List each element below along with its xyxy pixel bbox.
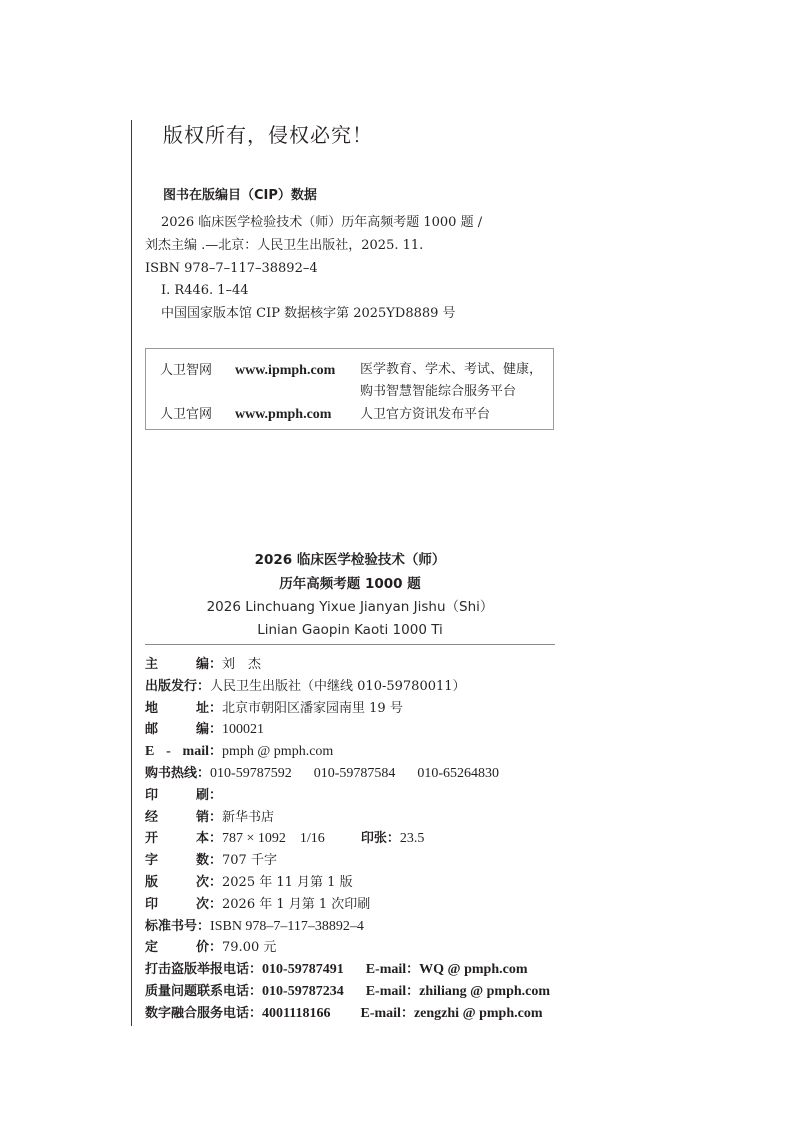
- colon: ：: [249, 1003, 262, 1025]
- publication-info: 主编：刘 杰 出版发行：人民卫生出版社（中继线 010-59780011） 地址…: [145, 654, 550, 1025]
- info-value: 人民卫生出版社（中继线 010-59780011）: [210, 679, 466, 694]
- colon: ：: [197, 763, 210, 785]
- colon: ：: [197, 676, 210, 698]
- info-label: E-mail: [145, 741, 209, 763]
- sheets-label: 印张: [361, 828, 387, 850]
- colon: ：: [406, 959, 419, 981]
- contact-label: 质量问题联系电话: [145, 981, 249, 1003]
- info-row-distributor: 经销：新华书店: [145, 807, 550, 829]
- colon: ：: [209, 785, 222, 807]
- info-row-price: 定价：79.00 元: [145, 937, 550, 959]
- colon: ：: [387, 828, 400, 850]
- cip-line-publisher: 刘杰主编 .—北京：人民卫生出版社，2025. 11.: [145, 235, 482, 258]
- colon: ：: [401, 1003, 414, 1025]
- info-value: 100021: [222, 722, 264, 737]
- colon: ：: [209, 937, 222, 959]
- info-row-isbn: 标准书号：ISBN 978–7–117–38892–4: [145, 916, 550, 938]
- info-value: 787 × 1092 1/16: [222, 831, 325, 846]
- book-title-zh-line1: 2026 临床医学检验技术（师）: [145, 548, 555, 572]
- colon: ：: [209, 807, 222, 829]
- colon: ：: [209, 741, 222, 763]
- contact-email-link[interactable]: zengzhi @ pmph.com: [414, 1006, 543, 1021]
- website-name: 人卫官网: [160, 403, 235, 422]
- info-value: 新华书店: [222, 810, 274, 825]
- info-value: 2026 年 1 月第 1 次印刷: [222, 897, 370, 912]
- colon: ：: [209, 654, 222, 676]
- contact-email-link[interactable]: zhiliang @ pmph.com: [419, 984, 550, 999]
- contact-row-quality: 质量问题联系电话：010-59787234E-mail：zhiliang @ p…: [145, 981, 550, 1003]
- colon: ：: [209, 872, 222, 894]
- info-value: 707 千字: [222, 853, 277, 868]
- cip-line-title: 2026 临床医学检验技术（师）历年高频考题 1000 题 /: [145, 212, 482, 235]
- website-row-ipmph: 人卫智网www.ipmph.com医学教育、学术、考试、健康，购书智慧智能综合服…: [160, 359, 542, 403]
- book-title-block: 2026 临床医学检验技术（师） 历年高频考题 1000 题 2026 Linc…: [145, 548, 555, 642]
- info-label: 主编: [145, 654, 209, 676]
- info-label: 出版发行: [145, 676, 197, 698]
- colon: ：: [209, 894, 222, 916]
- contact-email-label: E-mail: [361, 1006, 401, 1021]
- colon: ：: [197, 916, 210, 938]
- website-description-line: 医学教育、学术、考试、健康，: [360, 362, 542, 377]
- book-title-en-line2: Linian Gaopin Kaoti 1000 Ti: [145, 619, 555, 642]
- colon: ：: [249, 959, 262, 981]
- cip-line-record: 中国国家版本馆 CIP 数据核字第 2025YD8889 号: [145, 303, 482, 326]
- colon: ：: [209, 828, 222, 850]
- contact-phone: 010-59787234: [262, 984, 344, 999]
- contact-email-label: E-mail: [366, 984, 406, 999]
- website-link-pmph[interactable]: www.pmph.com: [235, 407, 360, 423]
- contact-label: 数字融合服务电话: [145, 1003, 249, 1025]
- contact-label: 打击盗版举报电话: [145, 959, 249, 981]
- contact-phone: 010-59787491: [262, 962, 344, 977]
- website-description: 人卫官方资讯发布平台: [360, 403, 490, 422]
- contact-email-label: E-mail: [366, 962, 406, 977]
- cip-line-isbn: ISBN 978–7–117–38892–4: [145, 258, 482, 281]
- contact-row-digital: 数字融合服务电话：4001118166E-mail：zengzhi @ pmph…: [145, 1003, 550, 1025]
- websites-box: 人卫智网www.ipmph.com医学教育、学术、考试、健康，购书智慧智能综合服…: [145, 348, 554, 430]
- info-row-edition: 版次：2025 年 11 月第 1 版: [145, 872, 550, 894]
- info-row-printing: 印次：2026 年 1 月第 1 次印刷: [145, 894, 550, 916]
- cip-heading: 图书在版编目（CIP）数据: [163, 184, 317, 203]
- info-label: 定价: [145, 937, 209, 959]
- info-label: 购书热线: [145, 763, 197, 785]
- info-label: 邮编: [145, 719, 209, 741]
- info-label: 印刷: [145, 785, 209, 807]
- colon: ：: [406, 981, 419, 1003]
- info-row-email: E-mail：pmph @ pmph.com: [145, 741, 550, 763]
- info-label: 标准书号: [145, 916, 197, 938]
- sheets-value: 23.5: [400, 831, 425, 846]
- book-title-en-line1: 2026 Linchuang Yixue Jianyan Jishu（Shi）: [145, 596, 555, 619]
- contact-email-link[interactable]: WQ @ pmph.com: [419, 962, 527, 977]
- info-row-postcode: 邮编：100021: [145, 719, 550, 741]
- hotline-number: 010-59787584: [314, 766, 396, 781]
- info-label: 字数: [145, 850, 209, 872]
- email-link[interactable]: pmph @ pmph.com: [222, 744, 333, 759]
- info-value: 2025 年 11 月第 1 版: [222, 875, 353, 890]
- cip-line-classification: Ⅰ. R446. 1–44: [145, 280, 482, 303]
- info-row-format: 开本：787 × 1092 1/16印张：23.5: [145, 828, 550, 850]
- info-row-word-count: 字数：707 千字: [145, 850, 550, 872]
- colon: ：: [209, 719, 222, 741]
- info-row-address: 地址：北京市朝阳区潘家园南里 19 号: [145, 698, 550, 720]
- info-value: ISBN 978–7–117–38892–4: [210, 919, 364, 934]
- info-row-publisher: 出版发行：人民卫生出版社（中继线 010-59780011）: [145, 676, 550, 698]
- info-value: 北京市朝阳区潘家园南里 19 号: [222, 701, 403, 716]
- book-title-zh-line2: 历年高频考题 1000 题: [145, 572, 555, 596]
- info-row-hotline: 购书热线：010-59787592010-59787584010-6526483…: [145, 763, 550, 785]
- info-label: 地址: [145, 698, 209, 720]
- info-value: 刘 杰: [222, 657, 261, 672]
- cip-data: 2026 临床医学检验技术（师）历年高频考题 1000 题 / 刘杰主编 .—北…: [145, 212, 482, 326]
- website-name: 人卫智网: [160, 359, 235, 378]
- colon: ：: [209, 698, 222, 720]
- info-label: 版次: [145, 872, 209, 894]
- hotline-number: 010-65264830: [417, 766, 499, 781]
- info-label: 印次: [145, 894, 209, 916]
- website-link-ipmph[interactable]: www.ipmph.com: [235, 363, 360, 379]
- info-label: 经销: [145, 807, 209, 829]
- website-description: 医学教育、学术、考试、健康，购书智慧智能综合服务平台: [360, 359, 542, 403]
- info-row-editor: 主编：刘 杰: [145, 654, 550, 676]
- copyright-notice: 版权所有，侵权必究！: [163, 119, 373, 148]
- contact-row-piracy: 打击盗版举报电话：010-59787491E-mail：WQ @ pmph.co…: [145, 959, 550, 981]
- divider: [145, 644, 555, 645]
- hotline-number: 010-59787592: [210, 766, 292, 781]
- colon: ：: [209, 850, 222, 872]
- info-value: 79.00 元: [222, 940, 276, 955]
- contact-phone: 4001118166: [262, 1006, 330, 1021]
- website-description-line: 购书智慧智能综合服务平台: [360, 384, 516, 399]
- info-label: 开本: [145, 828, 209, 850]
- left-margin-rule: [131, 120, 132, 1026]
- website-row-pmph: 人卫官网www.pmph.com人卫官方资讯发布平台: [160, 403, 490, 423]
- colon: ：: [249, 981, 262, 1003]
- info-row-printer: 印刷：: [145, 785, 550, 807]
